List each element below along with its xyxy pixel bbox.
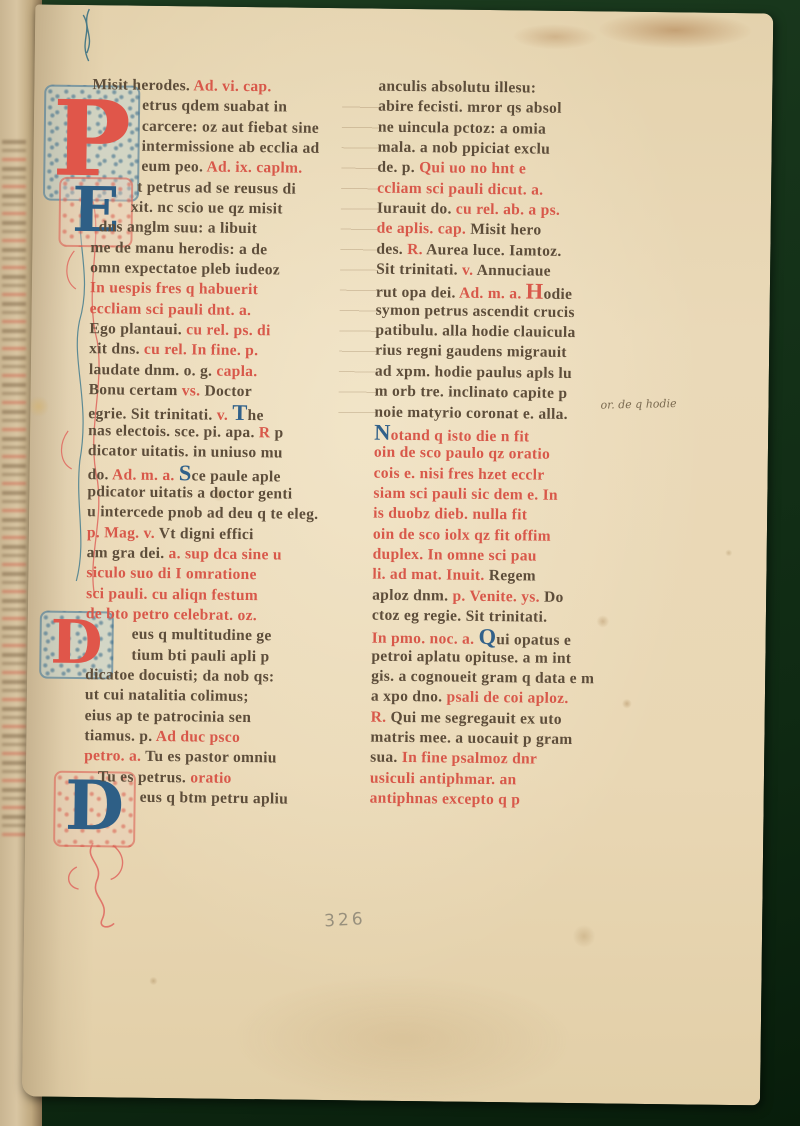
inline-initial: T (232, 399, 248, 424)
manuscript-photo: { "photo": { "description": "Medieval br… (0, 0, 800, 1126)
text-segment: sua. (370, 749, 402, 766)
text-segment: v. (217, 406, 233, 423)
text-segment: dns anglm suu: a libuit (99, 219, 258, 238)
folio-number: 326 (324, 909, 367, 931)
text-segment: xit dns. (89, 341, 144, 359)
inline-initial: H (526, 279, 544, 304)
text-segment: a. sup dca sine u (169, 545, 282, 563)
text-segment: Ego plantaui. (89, 320, 186, 338)
inline-initial: Q (478, 624, 496, 649)
text-segment: cois e. nisi fres hzet ecclr (374, 464, 545, 483)
text-segment: Qui me segregauit ex uto (390, 708, 562, 727)
text-segment: rius regni gaudens migrauit (375, 342, 567, 361)
text-segment: siculo suo di I omratione (86, 564, 256, 583)
text-segment: R. (407, 241, 426, 258)
manuscript-line: Tu es petrus. oratio (84, 767, 352, 791)
text-segment: do. (88, 466, 113, 483)
text-segment: etrus qdem suabat in (142, 97, 287, 116)
text-segment: eum peo. (141, 158, 206, 176)
manuscript-line: siculo suo di I omratione (86, 563, 354, 587)
text-segment: Annuciaue (477, 262, 551, 280)
text-segment: oin de sco paulo qz oratio (374, 444, 550, 463)
text-segment: sci pauli. cu aliqn festum (86, 585, 258, 604)
text-column-right: anculis absolutu illesu:abire fecisti. m… (370, 77, 689, 813)
text-segment: carcere: oz aut fiebat sine (142, 117, 319, 136)
text-segment: de bto petro celebrat. oz. (86, 605, 257, 624)
text-segment: tium bti pauli apli p (131, 646, 269, 665)
text-segment: abire fecisti. mror qs absol (378, 98, 562, 117)
text-segment: mala. a nob ppiciat exclu (378, 139, 551, 158)
text-segment: laudate dnm. o. g. (89, 361, 217, 380)
manuscript-line: antiphnas excepto q p (370, 789, 680, 813)
text-segment: odie (543, 286, 572, 303)
text-segment: usiculi antiphmar. an (370, 769, 517, 788)
text-segment: de. p. (377, 159, 419, 177)
manuscript-line: dicator uitatis. in uniuso mu (88, 441, 356, 465)
manuscript-line: ut cui natalitia colimus; (85, 685, 353, 709)
text-segment: xit. nc scio ue qz misit (131, 199, 283, 218)
text-segment: Misit herodes. (92, 76, 193, 94)
text-segment: Iurauit do. (377, 200, 456, 218)
text-segment: p. Venite. ys. (452, 587, 544, 605)
manuscript-line: petro. a. Tu es pastor omniu (84, 746, 352, 770)
text-segment: Vt digni effici (159, 525, 254, 543)
text-segment: Qui uo no hnt e (419, 160, 526, 178)
text-segment: ccliam sci pauli dicut. a. (377, 179, 543, 198)
manuscript-page: P E D D Misit herodes. Ad. vi. cap.etrus… (22, 4, 773, 1105)
text-segment: Ad. ix. caplm. (206, 159, 302, 177)
text-segment: dicator uitatis. in uniuso mu (88, 442, 283, 461)
text-segment: nas electois. sce. pi. apa. (88, 422, 259, 441)
text-segment: eus q btm petru apliu (140, 789, 289, 808)
marginal-note: or. de q hodie (600, 397, 676, 412)
text-segment: u intercede pnob ad deu q te eleg. (87, 503, 318, 523)
penwork-flourish-initial-d (52, 841, 163, 932)
text-segment: t petrus ad se reusus di (137, 178, 296, 197)
text-segment: intermissione ab ecclia ad (142, 138, 320, 157)
text-segment: Tu es petrus. (98, 768, 191, 786)
text-segment: ne uincula pctoz: a omia (378, 118, 546, 137)
text-segment: Doctor (204, 383, 252, 401)
text-segment: cu rel. In fine. p. (144, 341, 259, 359)
text-segment: p (274, 424, 283, 441)
text-segment: In fine psalmoz dnr (402, 749, 538, 768)
text-segment: cu rel. ab. a ps. (456, 201, 560, 219)
text-segment: dicatoe docuisti; da nob qs: (85, 666, 274, 685)
text-segment: ut cui natalitia colimus; (85, 686, 249, 705)
text-segment: duplex. In omne sci pau (373, 545, 537, 564)
text-segment: am gra dei. (87, 544, 169, 562)
text-segment: symon petrus ascendit crucis (376, 301, 575, 320)
text-segment: a xpo dno. (371, 688, 447, 706)
text-segment: Regem (489, 567, 536, 585)
text-segment: petroi aplatu opituse. a m int (371, 647, 571, 666)
text-segment: li. ad mat. Inuit. (372, 566, 489, 584)
text-segment: p. Mag. v. (87, 524, 159, 542)
manuscript-line: de bto petro celebrat. oz. (86, 604, 354, 628)
inline-initial: S (179, 460, 192, 485)
text-segment: Sit trinitati. (376, 261, 462, 279)
text-segment: R (259, 424, 275, 441)
text-segment: is duobz dieb. nulla fit (373, 505, 527, 524)
text-segment: ctoz eg regie. Sit trinitati. (372, 607, 548, 626)
text-segment: v. (462, 262, 477, 279)
text-segment: petro. a. (84, 747, 145, 765)
text-segment: capla. (216, 362, 257, 379)
text-segment: m orb tre. inclinato capite p (375, 383, 568, 402)
text-segment: Bonu certam (89, 381, 182, 399)
text-segment: oin de sco iolx qz fit offim (373, 525, 551, 544)
text-segment: matris mee. a uocauit p gram (370, 729, 572, 748)
text-segment: In uespis fres q habuerit (90, 280, 258, 299)
text-segment: me de manu herodis: a de (90, 239, 267, 258)
manuscript-line: eus q btm petru apliu (84, 787, 352, 811)
manuscript-line: u intercede pnob ad deu q te eleg. (87, 502, 355, 526)
text-segment: gis. a cognoueit gram q data e m (371, 668, 594, 688)
text-segment: rut opa dei. (376, 284, 459, 302)
text-segment: Aurea luce. Iamtoz. (426, 241, 562, 260)
text-segment: noie matyrio coronat e. alla. (374, 403, 568, 422)
text-segment: patibulu. alla hodie clauicula (375, 322, 575, 341)
text-segment: oratio (190, 769, 232, 787)
text-segment: Tu es pastor omniu (145, 748, 277, 767)
bleed-through-text (2, 140, 26, 840)
text-segment: Ad duc psco (156, 728, 240, 746)
text-segment: pdicator uitatis a doctor genti (87, 483, 292, 503)
text-segment: he (248, 407, 264, 424)
text-segment: siam sci pauli sic dem e. In (373, 484, 558, 503)
text-segment: Ad. m. a. (112, 466, 179, 484)
text-segment: eius ap te patrocinia sen (85, 707, 252, 726)
text-segment: anculis absolutu illesu: (378, 78, 536, 97)
text-segment: eccliam sci pauli dnt. a. (90, 300, 252, 319)
text-segment: psali de coi aploz. (446, 689, 568, 707)
text-segment: antiphnas excepto q p (370, 790, 521, 809)
text-segment: des. (376, 240, 407, 257)
text-segment: de aplis. cap. (377, 220, 471, 238)
text-segment: ad xpm. hodie paulus apls lu (375, 362, 572, 381)
text-segment: ui opatus e (496, 631, 571, 649)
text-segment: In pmo. noc. a. (372, 630, 479, 648)
text-segment: tiamus. p. (84, 727, 156, 745)
manuscript-line: Bonu certam vs. Doctor (89, 380, 357, 404)
text-segment: cu rel. ps. di (186, 321, 271, 339)
inline-initial: N (374, 419, 391, 444)
text-segment: aploz dnm. (372, 586, 453, 604)
text-segment: Misit hero (470, 221, 541, 239)
text-segment: R. (371, 708, 391, 725)
text-segment: omn expectatoe pleb iudeoz (90, 259, 280, 278)
text-segment: Do (544, 588, 564, 605)
text-segment: eus q multitudine ge (132, 626, 272, 645)
text-segment: vs. (182, 382, 205, 399)
text-segment: Ad. m. a. (459, 285, 526, 303)
text-segment: Ad. vi. cap. (193, 77, 271, 95)
text-segment: ce paule aple (192, 467, 281, 485)
manuscript-line: Misit herodes. Ad. vi. cap. (92, 75, 360, 99)
text-column-left: Misit herodes. Ad. vi. cap.etrus qdem su… (84, 75, 361, 811)
